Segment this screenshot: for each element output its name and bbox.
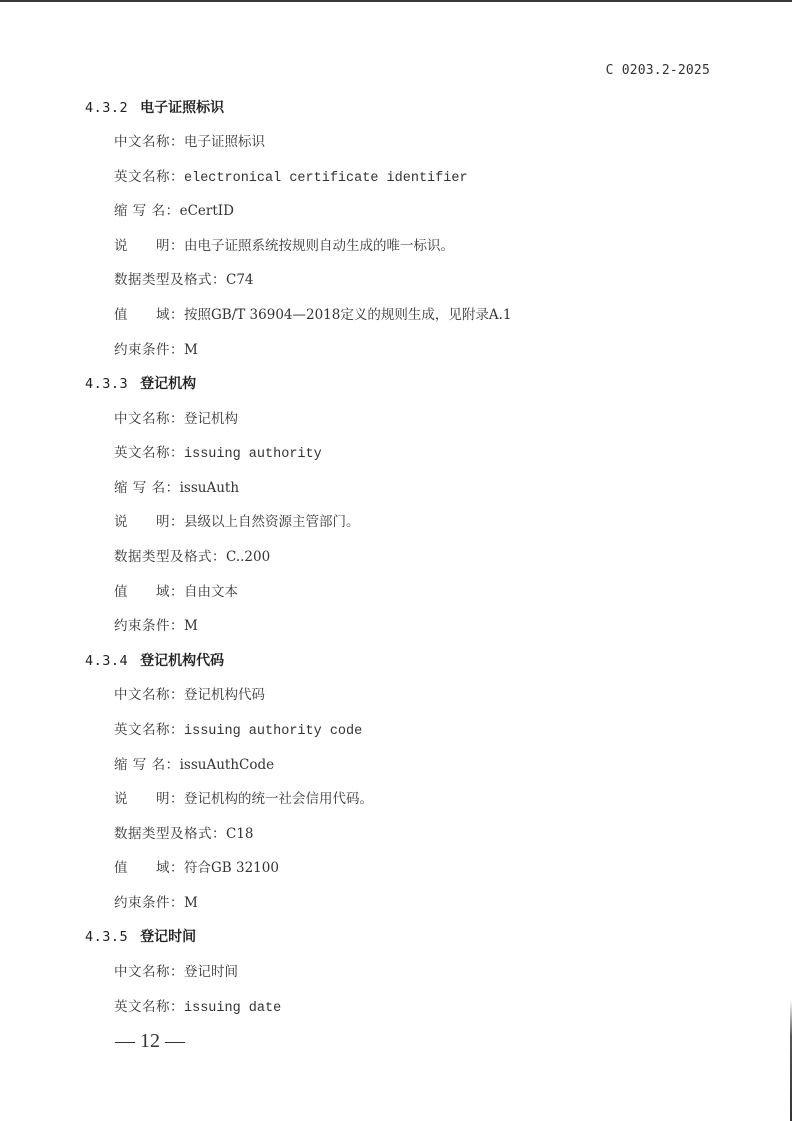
section-title: 电子证照标识 bbox=[140, 100, 224, 116]
field-english-name: 英文名称：issuing authority bbox=[114, 443, 322, 463]
field-label: 值 域： bbox=[114, 860, 184, 876]
field-label: 数据类型及格式： bbox=[114, 549, 226, 565]
field-english-name: 英文名称：issuing date bbox=[114, 997, 281, 1017]
field-label: 缩 写 名： bbox=[114, 757, 180, 773]
field-label: 英文名称： bbox=[114, 999, 184, 1015]
field-label: 中文名称： bbox=[114, 411, 184, 427]
field-value-domain: 值 域：符合GB 32100 bbox=[114, 858, 279, 878]
field-label: 说 明： bbox=[114, 238, 184, 254]
field-value: 登记机构 bbox=[184, 411, 238, 427]
field-value: M bbox=[184, 895, 198, 911]
field-label: 中文名称： bbox=[114, 687, 184, 703]
scan-edge-top bbox=[0, 0, 792, 2]
section-title: 登记机构 bbox=[140, 376, 196, 392]
field-value: 登记时间 bbox=[184, 964, 238, 980]
field-label: 值 域： bbox=[114, 584, 184, 600]
field-abbreviation: 缩 写 名：issuAuth bbox=[114, 478, 239, 498]
field-value: issuing authority bbox=[184, 447, 322, 462]
field-chinese-name: 中文名称：登记时间 bbox=[114, 962, 238, 982]
field-value: issuing authority code bbox=[184, 724, 362, 739]
field-chinese-name: 中文名称：登记机构 bbox=[114, 409, 238, 429]
field-description: 说 明：县级以上自然资源主管部门。 bbox=[114, 512, 360, 532]
section-heading: 4.3.5登记时间 bbox=[85, 927, 196, 947]
field-value: issuAuth bbox=[180, 480, 239, 496]
field-constraint: 约束条件：M bbox=[114, 616, 198, 636]
field-value: 按照GB/T 36904—2018定义的规则生成，见附录A.1 bbox=[184, 307, 511, 323]
field-data-type: 数据类型及格式：C..200 bbox=[114, 547, 270, 567]
section-title: 登记时间 bbox=[140, 929, 196, 945]
field-label: 约束条件： bbox=[114, 895, 184, 911]
field-label: 中文名称： bbox=[114, 134, 184, 150]
field-data-type: 数据类型及格式：C18 bbox=[114, 824, 254, 844]
field-label: 缩 写 名： bbox=[114, 203, 180, 219]
field-label: 英文名称： bbox=[114, 445, 184, 461]
field-label: 中文名称： bbox=[114, 964, 184, 980]
section-heading: 4.3.4登记机构代码 bbox=[85, 651, 224, 671]
field-label: 约束条件： bbox=[114, 618, 184, 634]
field-value: M bbox=[184, 342, 198, 358]
field-constraint: 约束条件：M bbox=[114, 893, 198, 913]
section-number: 4.3.3 bbox=[85, 376, 128, 392]
page-number: — 12 — bbox=[115, 1030, 185, 1053]
field-abbreviation: 缩 写 名：issuAuthCode bbox=[114, 755, 274, 775]
section-number: 4.3.4 bbox=[85, 653, 128, 669]
section-heading: 4.3.2电子证照标识 bbox=[85, 98, 224, 118]
field-description: 说 明：由电子证照系统按规则自动生成的唯一标识。 bbox=[114, 236, 454, 256]
field-value: C..200 bbox=[226, 549, 270, 565]
field-abbreviation: 缩 写 名：eCertID bbox=[114, 201, 234, 221]
field-value: 登记机构的统一社会信用代码。 bbox=[184, 791, 373, 807]
field-value-domain: 值 域：按照GB/T 36904—2018定义的规则生成，见附录A.1 bbox=[114, 305, 511, 325]
field-constraint: 约束条件：M bbox=[114, 340, 198, 360]
field-value: electronical certificate identifier bbox=[184, 171, 468, 186]
field-value: M bbox=[184, 618, 198, 634]
field-label: 缩 写 名： bbox=[114, 480, 180, 496]
field-chinese-name: 中文名称：电子证照标识 bbox=[114, 132, 265, 152]
field-value: 自由文本 bbox=[184, 584, 238, 600]
field-chinese-name: 中文名称：登记机构代码 bbox=[114, 685, 265, 705]
field-label: 值 域： bbox=[114, 307, 184, 323]
field-value: C18 bbox=[226, 826, 254, 842]
document-code: C 0203.2-2025 bbox=[606, 63, 710, 78]
section-heading: 4.3.3登记机构 bbox=[85, 374, 196, 394]
field-value: 电子证照标识 bbox=[184, 134, 265, 150]
section-title: 登记机构代码 bbox=[140, 653, 224, 669]
field-label: 数据类型及格式： bbox=[114, 272, 226, 288]
field-value-domain: 值 域：自由文本 bbox=[114, 582, 238, 602]
field-value: 由电子证照系统按规则自动生成的唯一标识。 bbox=[184, 238, 454, 254]
field-value: 符合GB 32100 bbox=[184, 860, 279, 876]
section-number: 4.3.2 bbox=[85, 100, 128, 116]
field-data-type: 数据类型及格式：C74 bbox=[114, 270, 254, 290]
field-value: issuAuthCode bbox=[180, 757, 275, 773]
field-label: 英文名称： bbox=[114, 169, 184, 185]
field-value: eCertID bbox=[180, 203, 234, 219]
field-value: issuing date bbox=[184, 1001, 281, 1016]
field-label: 数据类型及格式： bbox=[114, 826, 226, 842]
field-label: 说 明： bbox=[114, 791, 184, 807]
field-english-name: 英文名称：electronical certificate identifier bbox=[114, 167, 468, 187]
field-english-name: 英文名称：issuing authority code bbox=[114, 720, 362, 740]
field-label: 约束条件： bbox=[114, 342, 184, 358]
field-value: 登记机构代码 bbox=[184, 687, 265, 703]
field-value: 县级以上自然资源主管部门。 bbox=[184, 514, 360, 530]
document-page: C 0203.2-2025 4.3.2电子证照标识 中文名称：电子证照标识 英文… bbox=[0, 0, 792, 1121]
field-description: 说 明：登记机构的统一社会信用代码。 bbox=[114, 789, 373, 809]
section-number: 4.3.5 bbox=[85, 929, 128, 945]
field-label: 英文名称： bbox=[114, 722, 184, 738]
field-value: C74 bbox=[226, 272, 254, 288]
field-label: 说 明： bbox=[114, 514, 184, 530]
